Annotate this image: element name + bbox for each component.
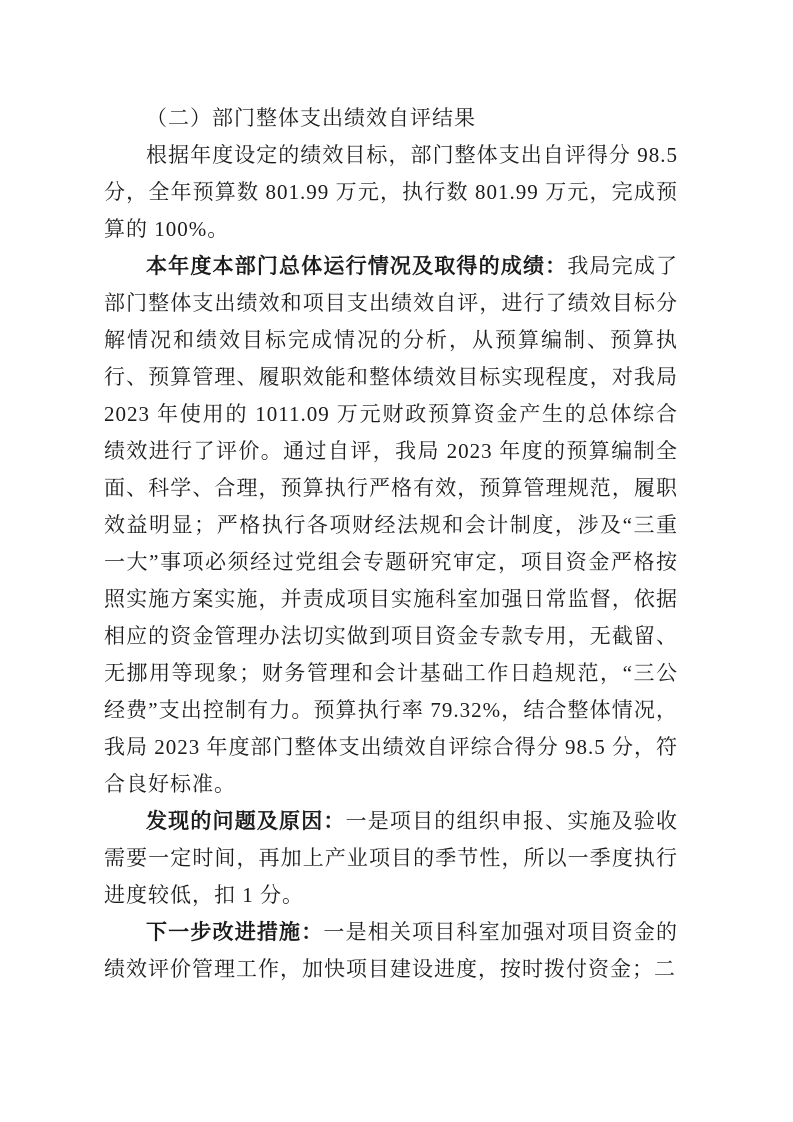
paragraph-lead: 本年度本部门总体运行情况及取得的成绩： <box>146 254 567 278</box>
paragraph-overall-operation: 本年度本部门总体运行情况及取得的成绩：我局完成了部门整体支出绩效和项目支出绩效自… <box>104 248 678 803</box>
paragraph-lead: 发现的问题及原因： <box>146 809 346 833</box>
paragraph-lead: 下一步改进措施： <box>146 920 323 944</box>
section-heading: （二）部门整体支出绩效自评结果 <box>104 100 678 137</box>
paragraph-problems-causes: 发现的问题及原因：一是项目的组织申报、实施及验收需要一定时间，再加上产业项目的季… <box>104 803 678 914</box>
paragraph-self-eval-result: 根据年度设定的绩效目标，部门整体支出自评得分 98.5 分，全年预算数 801.… <box>104 137 678 248</box>
paragraph-improvement-measures: 下一步改进措施：一是相关项目科室加强对项目资金的绩效评价管理工作，加快项目建设进… <box>104 914 678 988</box>
paragraph-text: 根据年度设定的绩效目标，部门整体支出自评得分 98.5 分，全年预算数 801.… <box>104 143 678 241</box>
paragraph-text: 我局完成了部门整体支出绩效和项目支出绩效自评，进行了绩效目标分解情况和绩效目标完… <box>104 254 678 796</box>
document-page: （二）部门整体支出绩效自评结果 根据年度设定的绩效目标，部门整体支出自评得分 9… <box>0 0 793 1122</box>
